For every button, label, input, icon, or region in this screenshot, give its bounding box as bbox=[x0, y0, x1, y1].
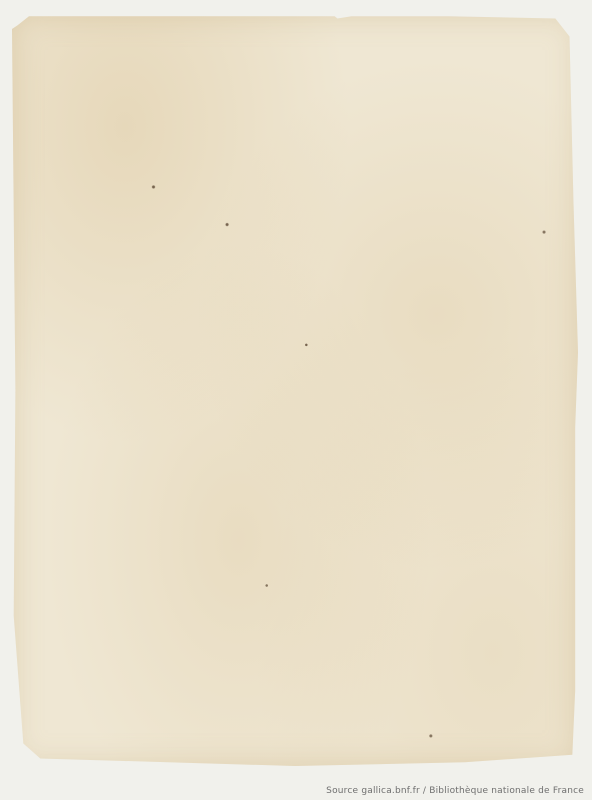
source-caption: Source gallica.bnf.fr / Bibliothèque nat… bbox=[326, 786, 584, 796]
scanned-page bbox=[12, 14, 578, 766]
